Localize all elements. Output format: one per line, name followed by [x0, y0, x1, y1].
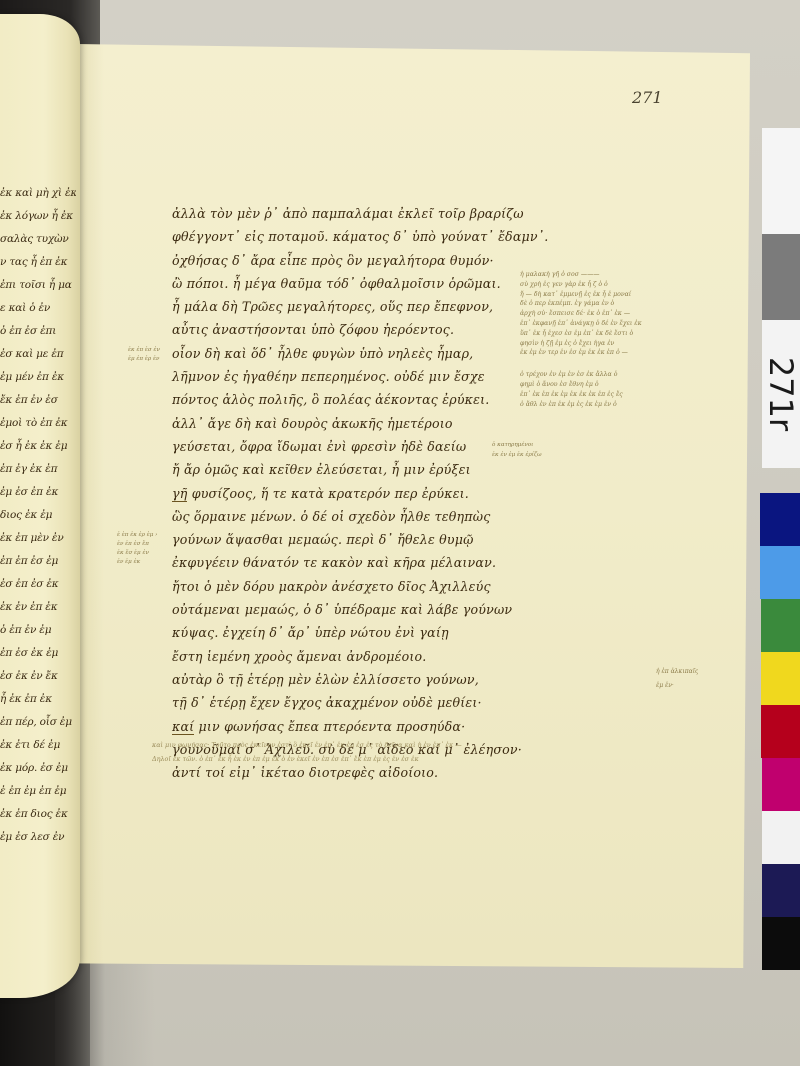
verso-line: ἐσ ἦ ἐκ ἐκ ἐμ: [0, 435, 76, 458]
folio-label: 271r: [762, 357, 800, 431]
gloss-line: ἀρχὴ σὺ· ἔσπεισε δέ· ἐκ ὁ ἐπ᾽ ἐκ —: [520, 309, 710, 319]
grey-reference: [762, 234, 800, 320]
manuscript-line: αὐτὰρ ὃ τῇ ἑτέρῃ μὲν ἑλὼν ἐλλίσσετο γούν…: [172, 668, 562, 691]
gloss-line: ἡ μαλακὴ γῆ ὁ σοσ ———: [520, 270, 710, 280]
verso-line: ἐπ πέρ, οἷσ ἐμ: [0, 711, 76, 734]
verso-line: ἐκ ἐτι δέ ἐμ: [0, 734, 76, 757]
colour-patch: [762, 864, 800, 917]
marginal-gloss-left-2: ἐ ἐπ ἐκ ἐρ ἐμ ›ἐν ἐπ ἐσ ἔπἐκ ἔσ ἐμ ἐνἐν …: [117, 531, 157, 567]
colour-patch: [760, 546, 800, 599]
manuscript-line: γούνων ἅψασθαι μεμαώς. περὶ δ᾽ ἤθελε θυμ…: [172, 528, 562, 551]
colour-patch: [761, 705, 800, 758]
manuscript-line: ὀχθήσας δ᾽ ἄρα εἶπε πρὸς ὃν μεγαλήτορα θ…: [172, 249, 562, 272]
manuscript-line: πόντος ἁλὸς πολιῆς, ὃ πολέας ἀέκοντας ἐρ…: [172, 388, 562, 411]
verso-page-edge: ἐκ καὶ μὴ χὶ ἐκἐκ λόγων ἦ ἐκσαλὰς τυχὼνν…: [0, 14, 80, 998]
manuscript-line: οἷον δὴ καὶ ὅδ᾽ ἦλθε φυγὼν ὑπὸ νηλεὲς ἦμ…: [172, 342, 562, 365]
manuscript-line: ἔστη ἱεμένη χροὸς ἄμεναι ἀνδρομέοιο.: [172, 645, 562, 668]
gloss-line: ὁ τρέχον ἐν ἐμ ἐν ἐσ ἐκ ἄλλα ὁ: [520, 370, 710, 380]
gloss-line: ἐκ ἐμ ἐν τερ ἐν ἐσ ἐμ ἐκ ἐκ ἐπ ὁ —: [520, 348, 710, 358]
white-reference: [762, 128, 800, 234]
manuscript-line: ἀλλὰ τὸν μὲν ῥ᾽ ἀπὸ παμπαλάμαι ἐκλεῖ τοῖ…: [172, 202, 562, 225]
shelfmark-label: 271r: [762, 320, 800, 468]
bottom-scholia: καὶ μιν φωνήσας· Τοῦτο πρὸς ἐκεῖνον ἐστὶ…: [152, 738, 612, 766]
verso-line: ἐμ ἐσ ἐπ ἐκ: [0, 481, 76, 504]
gloss-line: ὁ ἄθλ ἐν ἐπ ἐκ ἐμ ἐς ἐκ ἐμ ἐν ὁ: [520, 400, 710, 410]
verso-line: ὁ ἐπ ἐσ ἐπι: [0, 320, 76, 343]
colour-card-label: 271r: [762, 128, 800, 468]
verso-line: ἐμ μέν ἐπ ἐκ: [0, 366, 76, 389]
manuscript-line: καί μιν φωνήσας ἔπεα πτερόεντα προσηύδα·: [172, 715, 562, 738]
verso-line: ἐκ ἐπ διος ἐκ: [0, 803, 76, 826]
manuscript-line: τῇ δ᾽ ἑτέρῃ ἔχεν ἔγχος ἀκαχμένον οὐδὲ με…: [172, 691, 562, 714]
gloss-line: ἐ ἐπ ἐκ ἐρ ἐμ ›: [117, 531, 157, 540]
gloss-line: ἐμ ἐπ ἐρ ἐν: [128, 355, 160, 364]
folio-number: 271: [632, 88, 663, 107]
verso-line: ἐ ἐπ ἐμ ἐπ ἐμ: [0, 780, 76, 803]
gloss-line: Δηλοῖ ἐκ τῶν. ὁ ἐπ᾽ ἐκ ἦ ἐκ ἐν ἐπ ἐμ ἐκ …: [152, 752, 612, 766]
verso-line: ἐσ ἐπ ἐσ ἐκ: [0, 573, 76, 596]
marginal-gloss-right: ἡ μαλακὴ γῆ ὁ σοσ ———σὺ χρὴ ἐς γεν γὰρ ἐ…: [520, 270, 710, 409]
verso-line: ἐμοὶ τὸ ἐπ ἐκ: [0, 412, 76, 435]
verso-line: ἔκ ἐπ ἐν ἐσ: [0, 389, 76, 412]
colour-patch: [762, 811, 800, 864]
gloss-line: ἐπ᾽ ἐκφανῇ ἐπ᾽ ἀνάγκῃ ὁ δέ ἐν ἔχει ἐκ: [520, 319, 710, 329]
gloss-line: ἐμ ἐν·: [656, 679, 698, 693]
gloss-line: ἐκ ἔσ ἐμ ἐν: [117, 549, 157, 558]
verso-line: ἐπ ἐγ ἐκ ἐπ: [0, 458, 76, 481]
gloss-line: ἐν ἐμ ἐκ: [117, 558, 157, 567]
verso-text: ἐκ καὶ μὴ χὶ ἐκἐκ λόγων ἦ ἐκσαλὰς τυχὼνν…: [0, 182, 76, 849]
manuscript-line: ἀλλ᾽ ἄγε δὴ καὶ δουρὸς ἀκωκῆς ἡμετέροιο: [172, 412, 562, 435]
manuscript-line: γῆ φυσίζοος, ἥ τε κατὰ κρατερόν περ ἐρύκ…: [172, 482, 562, 505]
colour-calibration-strip: [760, 493, 800, 970]
gloss-line: φημὶ ὁ ἄνου ἐσ ἔθνη ἐμ ὁ: [520, 380, 710, 390]
verso-line: ε καὶ ὁ ἐν: [0, 297, 76, 320]
manuscript-line: ὣς ὅρμαινε μένων. ὁ δέ οἱ σχεδὸν ἦλθε τε…: [172, 505, 562, 528]
manuscript-line: φθέγγοντ᾽ εἰς ποταμοῦ. κάματος δ᾽ ὑπὸ γο…: [172, 225, 562, 248]
gloss-line: φησὶν ἡ ζῇ ἐμ ἐς ὁ ἔχει ἠγα ἐν: [520, 339, 710, 349]
verso-line: ὁ ἐπ ἐν ἐμ: [0, 619, 76, 642]
colour-patch: [762, 758, 800, 811]
verso-line: ἐσ καὶ με ἐπ: [0, 343, 76, 366]
verso-line: ἐμ ἐσ λεσ ἐν: [0, 826, 76, 849]
verso-line: ἐκ ἐν ἐπ ἐκ: [0, 596, 76, 619]
manuscript-line: κύψας. ἐγχείη δ᾽ ἄρ᾽ ὑπὲρ νώτου ἐνὶ γαίῃ: [172, 621, 562, 644]
verso-line: ἐκ καὶ μὴ χὶ ἐκ: [0, 182, 76, 205]
gloss-line: ἐκ ἐπ ἐσ ἐν: [128, 346, 160, 355]
gloss-line: ἐν ἐπ ἐσ ἔπ: [117, 540, 157, 549]
gloss-line: ἤ — δὴ κατ᾽ ἐμμενῇ ἐς ἐκ ἦ ἐ μοναί: [520, 290, 710, 300]
gloss-line: ἐπ᾽ ἐκ ἐπ ἐκ ἐμ ἐκ ἐκ ἐκ ἐπ ἐς ἔς: [520, 390, 710, 400]
verso-line: ἐσ ἐκ ἐν ἔκ: [0, 665, 76, 688]
colour-patch: [761, 599, 800, 652]
verso-line: διος ἐκ ἐμ: [0, 504, 76, 527]
colour-patch: [761, 652, 800, 705]
verso-line: ἐκ ἐπ μὲν ἐν: [0, 527, 76, 550]
manuscript-line: ὢ πόποι. ἦ μέγα θαῦμα τόδ᾽ ὀφθαλμοῖσιν ὁ…: [172, 272, 562, 295]
colour-patch: [762, 917, 800, 970]
manuscript-line: οὐτάμεναι μεμαώς, ὁ δ᾽ ὑπέδραμε καὶ λάβε…: [172, 598, 562, 621]
verso-line: ἐπ ἐσ ἐκ ἐμ: [0, 642, 76, 665]
verso-line: ἐκ μόρ. ἐσ ἐμ: [0, 757, 76, 780]
gloss-line: καὶ μιν φωνήσας· Τοῦτο πρὸς ἐκεῖνον ἐστὶ…: [152, 738, 612, 752]
colour-patch: [760, 493, 800, 546]
marginal-gloss-left-1: ἐκ ἐπ ἐσ ἐνἐμ ἐπ ἐρ ἐν: [128, 346, 160, 364]
verso-line: ἐπι τοῖσι ἦ μα: [0, 274, 76, 297]
gloss-line: σὺ χρὴ ἐς γεν γὰρ ἐκ ἦ ζ ὁ ὁ: [520, 280, 710, 290]
gloss-line: ἠ ἐπ ἀλκιπαῖς: [656, 665, 698, 679]
manuscript-line: ἦ μάλα δὴ Τρῶες μεγαλήτορες, οὕς περ ἔπε…: [172, 295, 562, 318]
interlinear-gloss: ὁ κατηρημένοιἐκ ἐν ἐμ ἐκ ἐρίζω: [492, 441, 542, 461]
gloss-line: ὕπ᾽ ἐκ ἦ ἐχεσ ἐσ ἐμ ἐπ᾽ ἐκ δὲ ἔστι ὁ: [520, 329, 710, 339]
gloss-line: δὲ ὁ περ ἐκπέμπ. ἐγ γάμα ἐν ὁ: [520, 299, 710, 309]
manuscript-line: ἤτοι ὁ μὲν δόρυ μακρὸν ἀνέσχετο δῖος Ἀχι…: [172, 575, 562, 598]
manuscript-line: ἐκφυγέειν θάνατόν τε κακὸν καὶ κῆρα μέλα…: [172, 551, 562, 574]
gloss-line: ἐκ ἐν ἐμ ἐκ ἐρίζω: [492, 451, 542, 461]
manuscript-line: αὖτις ἀναστήσονται ὑπὸ ζόφου ἠερόεντος.: [172, 318, 562, 341]
verso-line: σαλὰς τυχὼν: [0, 228, 76, 251]
verso-line: ἐπ ἐπ ἐσ ἐμ: [0, 550, 76, 573]
main-text-block: ἀλλὰ τὸν μὲν ῥ᾽ ἀπὸ παμπαλάμαι ἐκλεῖ τοῖ…: [172, 202, 562, 784]
verso-line: ἐκ λόγων ἦ ἐκ: [0, 205, 76, 228]
verso-line: ν τας ἦ ἐπ ἐκ: [0, 251, 76, 274]
gloss-line: ὁ κατηρημένοι: [492, 441, 542, 451]
manuscript-line: ἤ ἄρ ὁμῶς καὶ κεῖθεν ἐλεύσεται, ἦ μιν ἐρ…: [172, 458, 562, 481]
marginal-gloss-right-lower: ἠ ἐπ ἀλκιπαῖςἐμ ἐν·: [656, 665, 698, 693]
verso-line: ἦ ἐκ ἐπ ἐκ: [0, 688, 76, 711]
manuscript-line: λῆμνον ἐς ἠγαθέην πεπερημένος. οὐδέ μιν …: [172, 365, 562, 388]
